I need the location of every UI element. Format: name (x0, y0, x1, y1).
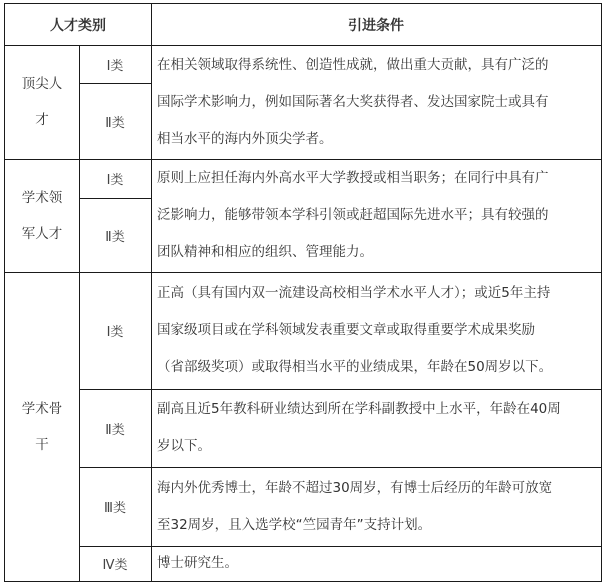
class-label: Ⅱ类 (79, 198, 151, 272)
talent-table: 人才类别 引进条件 顶尖人 才 Ⅰ类 Ⅱ类 在相关领域取得系统性、创造性成就，做… (4, 3, 602, 582)
condition-line: 相当水平的海内外顶尖学者。 (157, 121, 333, 158)
condition-line: （省部级奖项）或取得相当水平的业绩成果，年龄在50周岁以下。 (157, 349, 552, 386)
class-label: Ⅰ类 (79, 159, 151, 198)
header-conditions: 引进条件 (151, 4, 601, 45)
grid-line (151, 4, 152, 581)
grid-line (79, 467, 601, 468)
class-label: Ⅱ类 (79, 83, 151, 159)
group-name-line: 才 (35, 102, 49, 138)
condition-line: 原则上应担任海内外高水平大学教授或相当职务；在同行中具有广 (157, 160, 549, 197)
condition-text: 在相关领域取得系统性、创造性成就，做出重大贡献，具有广泛的 国际学术影响力，例如… (151, 45, 601, 159)
class-label: Ⅰ类 (79, 45, 151, 83)
grid-line (79, 546, 601, 547)
condition-text: 海内外优秀博士，年龄不超过30周岁，有博士后经历的年龄可放宽 至32周岁，且入选… (151, 467, 601, 546)
grid-line (79, 198, 151, 199)
condition-line: 副高且近5年教科研业绩达到所在学科副教授中上水平，年龄在40周 (157, 391, 561, 428)
condition-line: 正高（具有国内双一流建设高校相当学术水平人才）；或近5年主持 (157, 275, 550, 312)
condition-text: 博士研究生。 (151, 546, 601, 581)
grid-line (79, 389, 601, 390)
header-category: 人才类别 (5, 4, 151, 45)
grid-line (79, 45, 80, 581)
condition-line: 博士研究生。 (157, 545, 238, 582)
condition-line: 国家级项目或在学科领域发表重要文章或取得重要学术成果奖励 (157, 312, 535, 349)
class-label: Ⅱ类 (79, 389, 151, 467)
group-top-talent: 顶尖人 才 (5, 45, 79, 159)
group-name-line: 干 (35, 427, 49, 463)
group-name-line: 学术领 (22, 180, 63, 216)
grid-line (5, 159, 601, 160)
group-academic-backbone: 学术骨 干 (5, 272, 79, 581)
condition-text: 正高（具有国内双一流建设高校相当学术水平人才）；或近5年主持 国家级项目或在学科… (151, 272, 601, 389)
condition-line: 在相关领域取得系统性、创造性成就，做出重大贡献，具有广泛的 (157, 47, 549, 84)
grid-line (5, 272, 601, 273)
group-name-line: 军人才 (22, 216, 63, 252)
condition-line: 团队精神和相应的组织、管理能力。 (157, 234, 373, 271)
condition-line: 至32周岁，且入选学校“竺园青年”支持计划。 (157, 507, 431, 544)
class-label: Ⅲ类 (79, 467, 151, 546)
class-label: Ⅰ类 (79, 272, 151, 389)
condition-line: 岁以下。 (157, 428, 211, 465)
grid-line (5, 45, 601, 46)
class-label: Ⅳ类 (79, 546, 151, 581)
condition-line: 海内外优秀博士，年龄不超过30周岁，有博士后经历的年龄可放宽 (157, 470, 552, 507)
condition-text: 原则上应担任海内外高水平大学教授或相当职务；在同行中具有广 泛影响力，能够带领本… (151, 159, 601, 272)
grid-line (79, 83, 151, 84)
group-name-line: 顶尖人 (22, 66, 63, 102)
condition-line: 泛影响力，能够带领本学科引领或赶超国际先进水平；具有较强的 (157, 197, 549, 234)
condition-line: 国际学术影响力，例如国际著名大奖获得者、发达国家院士或具有 (157, 84, 549, 121)
group-academic-leader: 学术领 军人才 (5, 159, 79, 272)
group-name-line: 学术骨 (22, 391, 63, 427)
condition-text: 副高且近5年教科研业绩达到所在学科副教授中上水平，年龄在40周 岁以下。 (151, 389, 601, 467)
